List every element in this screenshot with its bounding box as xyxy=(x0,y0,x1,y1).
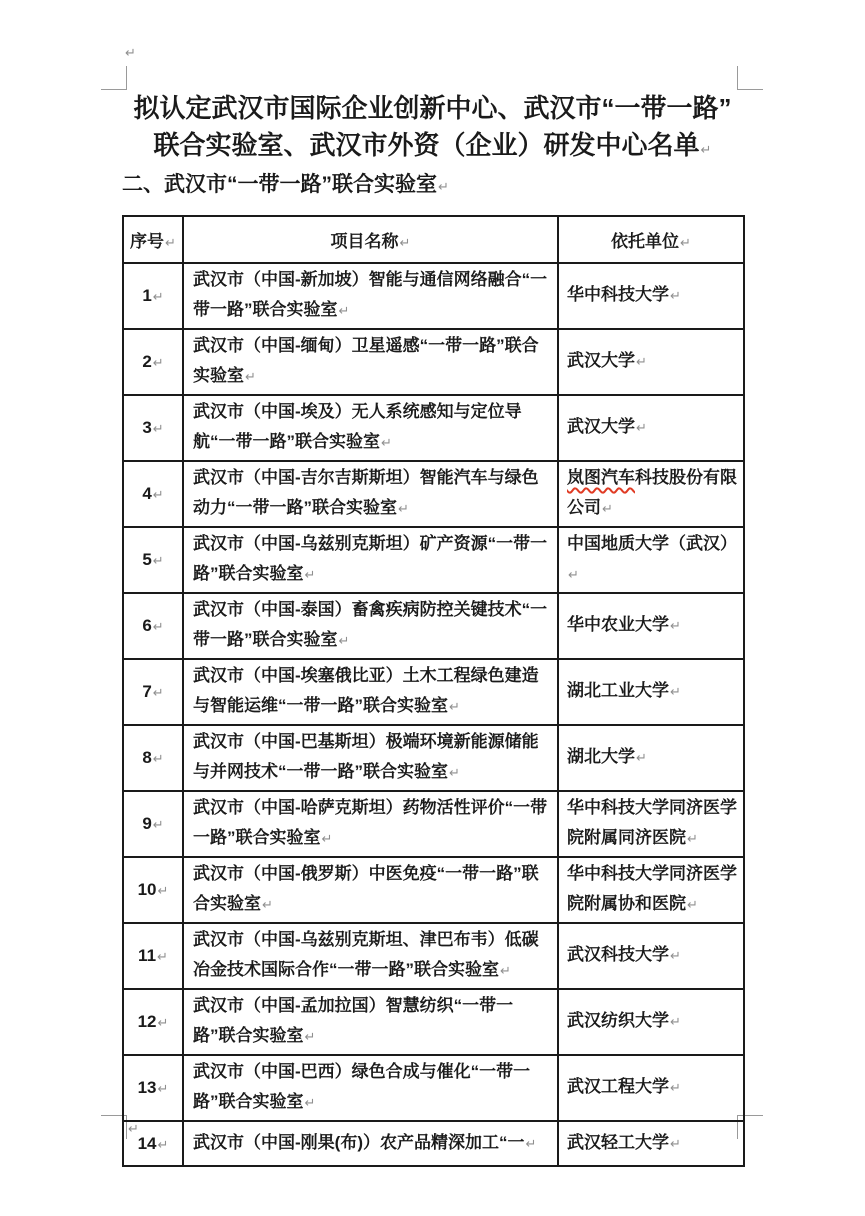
paragraph-mark: ↵ xyxy=(153,620,164,635)
unit-cell: 岚图汽车科技股份有限公司↵ xyxy=(558,461,744,527)
spellcheck-wavy-text: 岚图汽车 xyxy=(567,468,635,487)
title-line-1: 拟认定武汉市国际企业创新中心、武汉市“一带一路” xyxy=(0,90,865,127)
header-cell-name: 项目名称↵ xyxy=(183,216,558,263)
paragraph-mark: ↵ xyxy=(158,1138,169,1153)
paragraph-mark: ↵ xyxy=(305,1096,316,1111)
table-row: 8↵武汉市（中国-巴基斯坦）极端环境新能源储能与并网技术“一带一路”联合实验室↵… xyxy=(123,725,744,791)
paragraph-mark: ↵ xyxy=(339,634,350,649)
header-cell-unit: 依托单位↵ xyxy=(558,216,744,263)
paragraph-mark: ↵ xyxy=(449,700,460,715)
row-number-cell: 13↵ xyxy=(123,1055,183,1121)
row-number-cell: 7↵ xyxy=(123,659,183,725)
paragraph-mark: ↵ xyxy=(125,46,136,61)
row-number-cell: 4↵ xyxy=(123,461,183,527)
paragraph-mark: ↵ xyxy=(500,964,511,979)
paragraph-mark: ↵ xyxy=(400,236,411,251)
paragraph-mark: ↵ xyxy=(687,832,698,847)
paragraph-mark: ↵ xyxy=(670,1081,681,1096)
project-name-cell: 武汉市（中国-缅甸）卫星遥感“一带一路”联合实验室↵ xyxy=(183,329,558,395)
paragraph-mark: ↵ xyxy=(670,949,681,964)
project-name-cell: 武汉市（中国-埃及）无人系统感知与定位导航“一带一路”联合实验室↵ xyxy=(183,395,558,461)
paragraph-mark: ↵ xyxy=(157,950,168,965)
paragraph-mark: ↵ xyxy=(305,1030,316,1045)
document-title: 拟认定武汉市国际企业创新中心、武汉市“一带一路” 联合实验室、武汉市外资（企业）… xyxy=(0,90,865,169)
paragraph-mark: ↵ xyxy=(153,752,164,767)
paragraph-mark: ↵ xyxy=(670,1015,681,1030)
table-row: 5↵武汉市（中国-乌兹别克斯坦）矿产资源“一带一路”联合实验室↵中国地质大学（武… xyxy=(123,527,744,593)
header-cell-no: 序号↵ xyxy=(123,216,183,263)
table-row: 9↵武汉市（中国-哈萨克斯坦）药物活性评价“一带一路”联合实验室↵华中科技大学同… xyxy=(123,791,744,857)
table-row: 14↵武汉市（中国-刚果(布)）农产品精深加工“一↵武汉轻工大学↵ xyxy=(123,1121,744,1166)
paragraph-mark: ↵ xyxy=(165,236,176,251)
lab-table-body: 1↵武汉市（中国-新加坡）智能与通信网络融合“一带一路”联合实验室↵华中科技大学… xyxy=(123,263,744,1166)
paragraph-mark: ↵ xyxy=(398,502,409,517)
table-row: 1↵武汉市（中国-新加坡）智能与通信网络融合“一带一路”联合实验室↵华中科技大学… xyxy=(123,263,744,329)
project-name-cell: 武汉市（中国-乌兹别克斯坦）矿产资源“一带一路”联合实验室↵ xyxy=(183,527,558,593)
table-row: 7↵武汉市（中国-埃塞俄比亚）土木工程绿色建造与智能运维“一带一路”联合实验室↵… xyxy=(123,659,744,725)
table-row: 2↵武汉市（中国-缅甸）卫星遥感“一带一路”联合实验室↵武汉大学↵ xyxy=(123,329,744,395)
paragraph-mark: ↵ xyxy=(158,884,169,899)
paragraph-mark: ↵ xyxy=(636,421,647,436)
row-number-cell: 8↵ xyxy=(123,725,183,791)
paragraph-mark: ↵ xyxy=(687,898,698,913)
project-name-cell: 武汉市（中国-俄罗斯）中医免疫“一带一路”联合实验室↵ xyxy=(183,857,558,923)
paragraph-mark: ↵ xyxy=(525,1137,536,1152)
row-number-cell: 3↵ xyxy=(123,395,183,461)
paragraph-mark: ↵ xyxy=(153,356,164,371)
paragraph-mark: ↵ xyxy=(262,898,273,913)
margin-crop-mark-top-left xyxy=(101,66,127,90)
paragraph-mark: ↵ xyxy=(153,554,164,569)
paragraph-mark: ↵ xyxy=(158,1016,169,1031)
paragraph-mark: ↵ xyxy=(636,751,647,766)
document-page: ↵ 拟认定武汉市国际企业创新中心、武汉市“一带一路” 联合实验室、武汉市外资（企… xyxy=(0,0,865,1216)
lab-table: 序号↵ 项目名称↵ 依托单位↵ 1↵武汉市（中国-新加坡）智能与通信网络融合“一… xyxy=(122,215,745,1167)
unit-cell: 华中科技大学同济医学院附属同济医院↵ xyxy=(558,791,744,857)
paragraph-mark: ↵ xyxy=(153,290,164,305)
unit-cell: 湖北大学↵ xyxy=(558,725,744,791)
paragraph-mark: ↵ xyxy=(305,568,316,583)
table-row: 10↵武汉市（中国-俄罗斯）中医免疫“一带一路”联合实验室↵华中科技大学同济医学… xyxy=(123,857,744,923)
project-name-cell: 武汉市（中国-新加坡）智能与通信网络融合“一带一路”联合实验室↵ xyxy=(183,263,558,329)
unit-cell: 武汉科技大学↵ xyxy=(558,923,744,989)
row-number-cell: 11↵ xyxy=(123,923,183,989)
project-name-cell: 武汉市（中国-泰国）畜禽疾病防控关键技术“一带一路”联合实验室↵ xyxy=(183,593,558,659)
project-name-cell: 武汉市（中国-刚果(布)）农产品精深加工“一↵ xyxy=(183,1121,558,1166)
project-name-cell: 武汉市（中国-巴基斯坦）极端环境新能源储能与并网技术“一带一路”联合实验室↵ xyxy=(183,725,558,791)
table-row: 6↵武汉市（中国-泰国）畜禽疾病防控关键技术“一带一路”联合实验室↵华中农业大学… xyxy=(123,593,744,659)
paragraph-mark: ↵ xyxy=(670,685,681,700)
project-name-cell: 武汉市（中国-孟加拉国）智慧纺织“一带一路”联合实验室↵ xyxy=(183,989,558,1055)
paragraph-mark: ↵ xyxy=(602,502,613,517)
row-number-cell: 9↵ xyxy=(123,791,183,857)
unit-cell: 华中农业大学↵ xyxy=(558,593,744,659)
unit-cell: 武汉工程大学↵ xyxy=(558,1055,744,1121)
paragraph-mark: ↵ xyxy=(701,143,712,158)
project-name-cell: 武汉市（中国-乌兹别克斯坦、津巴布韦）低碳冶金技术国际合作“一带一路”联合实验室… xyxy=(183,923,558,989)
table-row: 4↵武汉市（中国-吉尔吉斯斯坦）智能汽车与绿色动力“一带一路”联合实验室↵岚图汽… xyxy=(123,461,744,527)
paragraph-mark: ↵ xyxy=(381,436,392,451)
paragraph-mark: ↵ xyxy=(158,1082,169,1097)
paragraph-mark: ↵ xyxy=(449,766,460,781)
table-row: 12↵武汉市（中国-孟加拉国）智慧纺织“一带一路”联合实验室↵武汉纺织大学↵ xyxy=(123,989,744,1055)
paragraph-mark: ↵ xyxy=(680,236,691,251)
paragraph-mark: ↵ xyxy=(636,355,647,370)
project-name-cell: 武汉市（中国-吉尔吉斯斯坦）智能汽车与绿色动力“一带一路”联合实验室↵ xyxy=(183,461,558,527)
paragraph-mark: ↵ xyxy=(670,289,681,304)
project-name-cell: 武汉市（中国-巴西）绿色合成与催化“一带一路”联合实验室↵ xyxy=(183,1055,558,1121)
project-name-cell: 武汉市（中国-埃塞俄比亚）土木工程绿色建造与智能运维“一带一路”联合实验室↵ xyxy=(183,659,558,725)
row-number-cell: 10↵ xyxy=(123,857,183,923)
paragraph-mark: ↵ xyxy=(670,1137,681,1152)
unit-cell: 武汉大学↵ xyxy=(558,329,744,395)
paragraph-mark: ↵ xyxy=(245,370,256,385)
unit-cell: 华中科技大学同济医学院附属协和医院↵ xyxy=(558,857,744,923)
table-header-row: 序号↵ 项目名称↵ 依托单位↵ xyxy=(123,216,744,263)
paragraph-mark: ↵ xyxy=(153,422,164,437)
table-row: 13↵武汉市（中国-巴西）绿色合成与催化“一带一路”联合实验室↵武汉工程大学↵ xyxy=(123,1055,744,1121)
paragraph-mark: ↵ xyxy=(438,180,449,195)
unit-cell: 中国地质大学（武汉）↵ xyxy=(558,527,744,593)
row-number-cell: 12↵ xyxy=(123,989,183,1055)
table-row: 3↵武汉市（中国-埃及）无人系统感知与定位导航“一带一路”联合实验室↵武汉大学↵ xyxy=(123,395,744,461)
paragraph-mark: ↵ xyxy=(339,304,350,319)
paragraph-mark: ↵ xyxy=(128,1122,139,1137)
margin-crop-mark-top-right xyxy=(737,66,763,90)
unit-cell: 华中科技大学↵ xyxy=(558,263,744,329)
row-number-cell: 6↵ xyxy=(123,593,183,659)
unit-cell: 武汉纺织大学↵ xyxy=(558,989,744,1055)
row-number-cell: 2↵ xyxy=(123,329,183,395)
table-row: 11↵武汉市（中国-乌兹别克斯坦、津巴布韦）低碳冶金技术国际合作“一带一路”联合… xyxy=(123,923,744,989)
title-line-2: 联合实验室、武汉市外资（企业）研发中心名单↵ xyxy=(0,127,865,169)
unit-cell: 湖北工业大学↵ xyxy=(558,659,744,725)
unit-cell: 武汉轻工大学↵ xyxy=(558,1121,744,1166)
paragraph-mark: ↵ xyxy=(153,686,164,701)
project-name-cell: 武汉市（中国-哈萨克斯坦）药物活性评价“一带一路”联合实验室↵ xyxy=(183,791,558,857)
paragraph-mark: ↵ xyxy=(670,619,681,634)
paragraph-mark: ↵ xyxy=(153,488,164,503)
unit-cell: 武汉大学↵ xyxy=(558,395,744,461)
paragraph-mark: ↵ xyxy=(153,818,164,833)
row-number-cell: 5↵ xyxy=(123,527,183,593)
paragraph-mark: ↵ xyxy=(322,832,333,847)
row-number-cell: 1↵ xyxy=(123,263,183,329)
paragraph-mark: ↵ xyxy=(568,568,579,583)
section-heading: 二、武汉市“一带一路”联合实验室↵ xyxy=(122,172,449,201)
